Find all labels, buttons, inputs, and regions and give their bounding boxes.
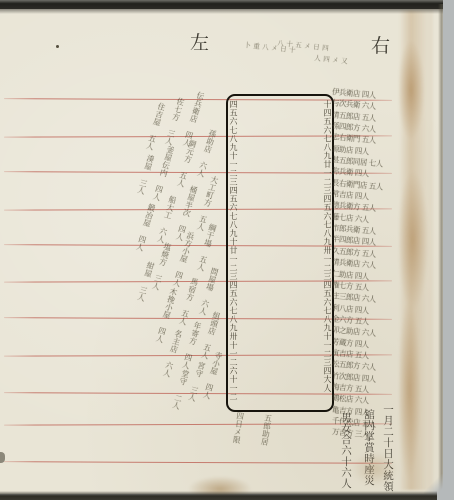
left-entry-list: 伝兵衛店 四人佐七方 三人住吉屋 五人孫助店 六人網元方 五人釜屋伝内 四人湊屋… (0, 0, 230, 420)
header-right-label: 右 (371, 31, 390, 58)
register-entry: 問屋場 六人 (197, 266, 221, 316)
tally-right-scale: 十四五六七八九廿一二三四五六七八九卅一二三四五六七八九十一二三四大人 (323, 100, 331, 392)
scanner-background (443, 0, 454, 500)
register-entry: 網元方 五人 (175, 138, 199, 188)
register-entry: 鍛冶屋 四人 (134, 202, 158, 252)
summary-total-column: 男女合六十六人 (339, 412, 354, 489)
page-edge-stain (399, 10, 433, 490)
tally-left-scale: 四五六七八九十一二三四五六七八九十廿一二三四五六七八九卅十一二六十一二 (229, 100, 237, 401)
register-entry: 釜屋伝内 四人 (151, 144, 177, 202)
tally-box: 四五六七八九十一二三四五六七八九十廿一二三四五六七八九卅十一二六十一二 十四五六… (226, 94, 334, 412)
paper-stain (352, 452, 398, 486)
scanned-register-page: 左 右 十日メ八重卜四日メ五十八又メ四人 四五六七八九十一二三四五六七八九十廿一… (0, 0, 454, 500)
book-bottom-edge (0, 491, 437, 500)
right-entry-list: 伊兵衛店 四人与次兵衛 六人清五郎店 五人孫四郎方 六人忠右衛門 五人源助店 四… (332, 86, 396, 444)
book-top-edge (0, 0, 444, 9)
ink-speck (56, 45, 59, 48)
book-top-edge-shadow (0, 9, 444, 14)
register-entry: 孫助店 六人 (195, 128, 219, 178)
